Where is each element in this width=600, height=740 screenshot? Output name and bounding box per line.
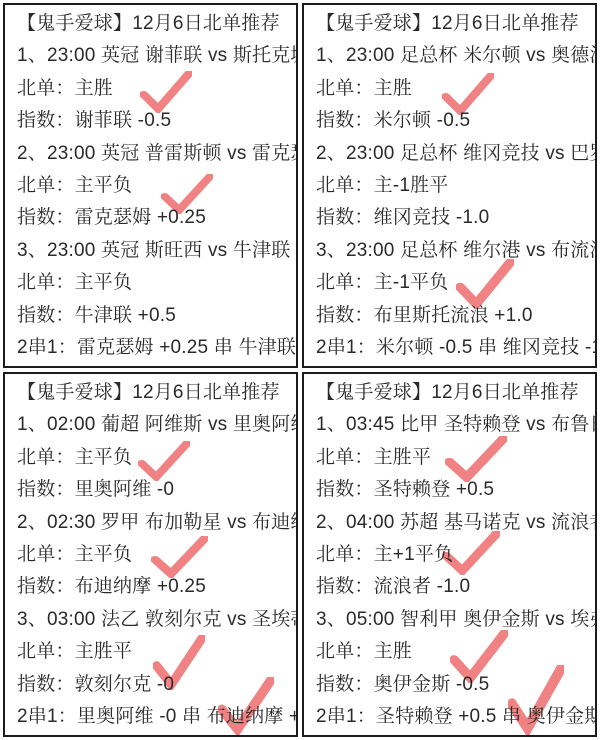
match-3-pick: 北单：主平负: [17, 267, 296, 299]
match-1-index: 指数：谢菲联 -0.5: [17, 105, 296, 137]
match-1-pick: 北单：主平负: [17, 442, 296, 474]
match-3-pick: 北单：主-1平负: [316, 267, 595, 299]
match-3-title: 3、03:00 法乙 敦刻尔克 vs 圣埃蒂安: [17, 604, 296, 636]
match-2-index: 指数：雷克瑟姆 +0.25: [17, 202, 296, 234]
match-3-pick: 北单：主胜平: [17, 636, 296, 668]
tips-panel-bottom-right: 【鬼手爱球】12月6日北单推荐 1、03:45 比甲 圣特赖登 vs 布鲁日 北…: [302, 372, 597, 737]
match-3-index: 指数：敦刻尔克 -0: [17, 669, 296, 701]
match-1-title: 1、23:00 足总杯 米尔顿 vs 奥德汉姆: [316, 40, 595, 72]
panel-header: 【鬼手爱球】12月6日北单推荐: [316, 8, 595, 40]
match-1-pick: 北单：主胜: [316, 73, 595, 105]
tips-panel-top-left: 【鬼手爱球】12月6日北单推荐 1、23:00 英冠 谢菲联 vs 斯托克城 北…: [3, 3, 298, 368]
match-2-index: 指数：维冈竞技 -1.0: [316, 202, 595, 234]
match-3-title: 3、23:00 足总杯 维尔港 vs 布流浪: [316, 235, 595, 267]
match-2-title: 2、04:00 苏超 基马诺克 vs 流浪者: [316, 507, 595, 539]
match-2-index: 指数：布迪纳摩 +0.25: [17, 571, 296, 603]
match-2-pick: 北单：主平负: [17, 170, 296, 202]
match-1-title: 1、23:00 英冠 谢菲联 vs 斯托克城: [17, 40, 296, 72]
match-1-title: 1、03:45 比甲 圣特赖登 vs 布鲁日: [316, 409, 595, 441]
match-3-index: 指数：奥伊金斯 -0.5: [316, 669, 595, 701]
match-2-index: 指数：流浪者 -1.0: [316, 571, 595, 603]
tips-grid: 【鬼手爱球】12月6日北单推荐 1、23:00 英冠 谢菲联 vs 斯托克城 北…: [0, 0, 600, 740]
match-2-title: 2、23:00 英冠 普雷斯顿 vs 雷克瑟姆: [17, 138, 296, 170]
match-3-title: 3、23:00 英冠 斯旺西 vs 牛津联: [17, 235, 296, 267]
match-1-index: 指数：圣特赖登 +0.5: [316, 474, 595, 506]
match-1-pick: 北单：主胜平: [316, 442, 595, 474]
parlay-line: 2串1：里奥阿维 -0 串 布迪纳摩 +0.25: [17, 701, 296, 733]
match-2-title: 2、23:00 足总杯 维冈竞技 vs 巴罗: [316, 138, 595, 170]
parlay-line: 2串1：雷克瑟姆 +0.25 串 牛津联 +0.5: [17, 332, 296, 364]
match-3-index: 指数：牛津联 +0.5: [17, 300, 296, 332]
match-2-pick: 北单：主-1胜平: [316, 170, 595, 202]
parlay-line: 2串1：圣特赖登 +0.5 串 奥伊金斯 -0.5: [316, 701, 595, 733]
panel-header: 【鬼手爱球】12月6日北单推荐: [17, 8, 296, 40]
panel-header: 【鬼手爱球】12月6日北单推荐: [316, 377, 595, 409]
parlay-line: 2串1：米尔顿 -0.5 串 维冈竞技 -1.0: [316, 332, 595, 364]
match-1-pick: 北单：主胜: [17, 73, 296, 105]
match-2-pick: 北单：主平负: [17, 539, 296, 571]
match-1-title: 1、02:00 葡超 阿维斯 vs 里奥阿维: [17, 409, 296, 441]
match-3-pick: 北单：主胜: [316, 636, 595, 668]
match-3-title: 3、05:00 智利甲 奥伊金斯 vs 埃弗顿VM: [316, 604, 595, 636]
match-1-index: 指数：米尔顿 -0.5: [316, 105, 595, 137]
match-2-pick: 北单：主+1平负: [316, 539, 595, 571]
match-3-index: 指数：布里斯托流浪 +1.0: [316, 300, 595, 332]
match-2-title: 2、02:30 罗甲 布加勒星 vs 布迪纳摩: [17, 507, 296, 539]
match-1-index: 指数：里奥阿维 -0: [17, 474, 296, 506]
tips-panel-top-right: 【鬼手爱球】12月6日北单推荐 1、23:00 足总杯 米尔顿 vs 奥德汉姆 …: [302, 3, 597, 368]
tips-panel-bottom-left: 【鬼手爱球】12月6日北单推荐 1、02:00 葡超 阿维斯 vs 里奥阿维 北…: [3, 372, 298, 737]
panel-header: 【鬼手爱球】12月6日北单推荐: [17, 377, 296, 409]
